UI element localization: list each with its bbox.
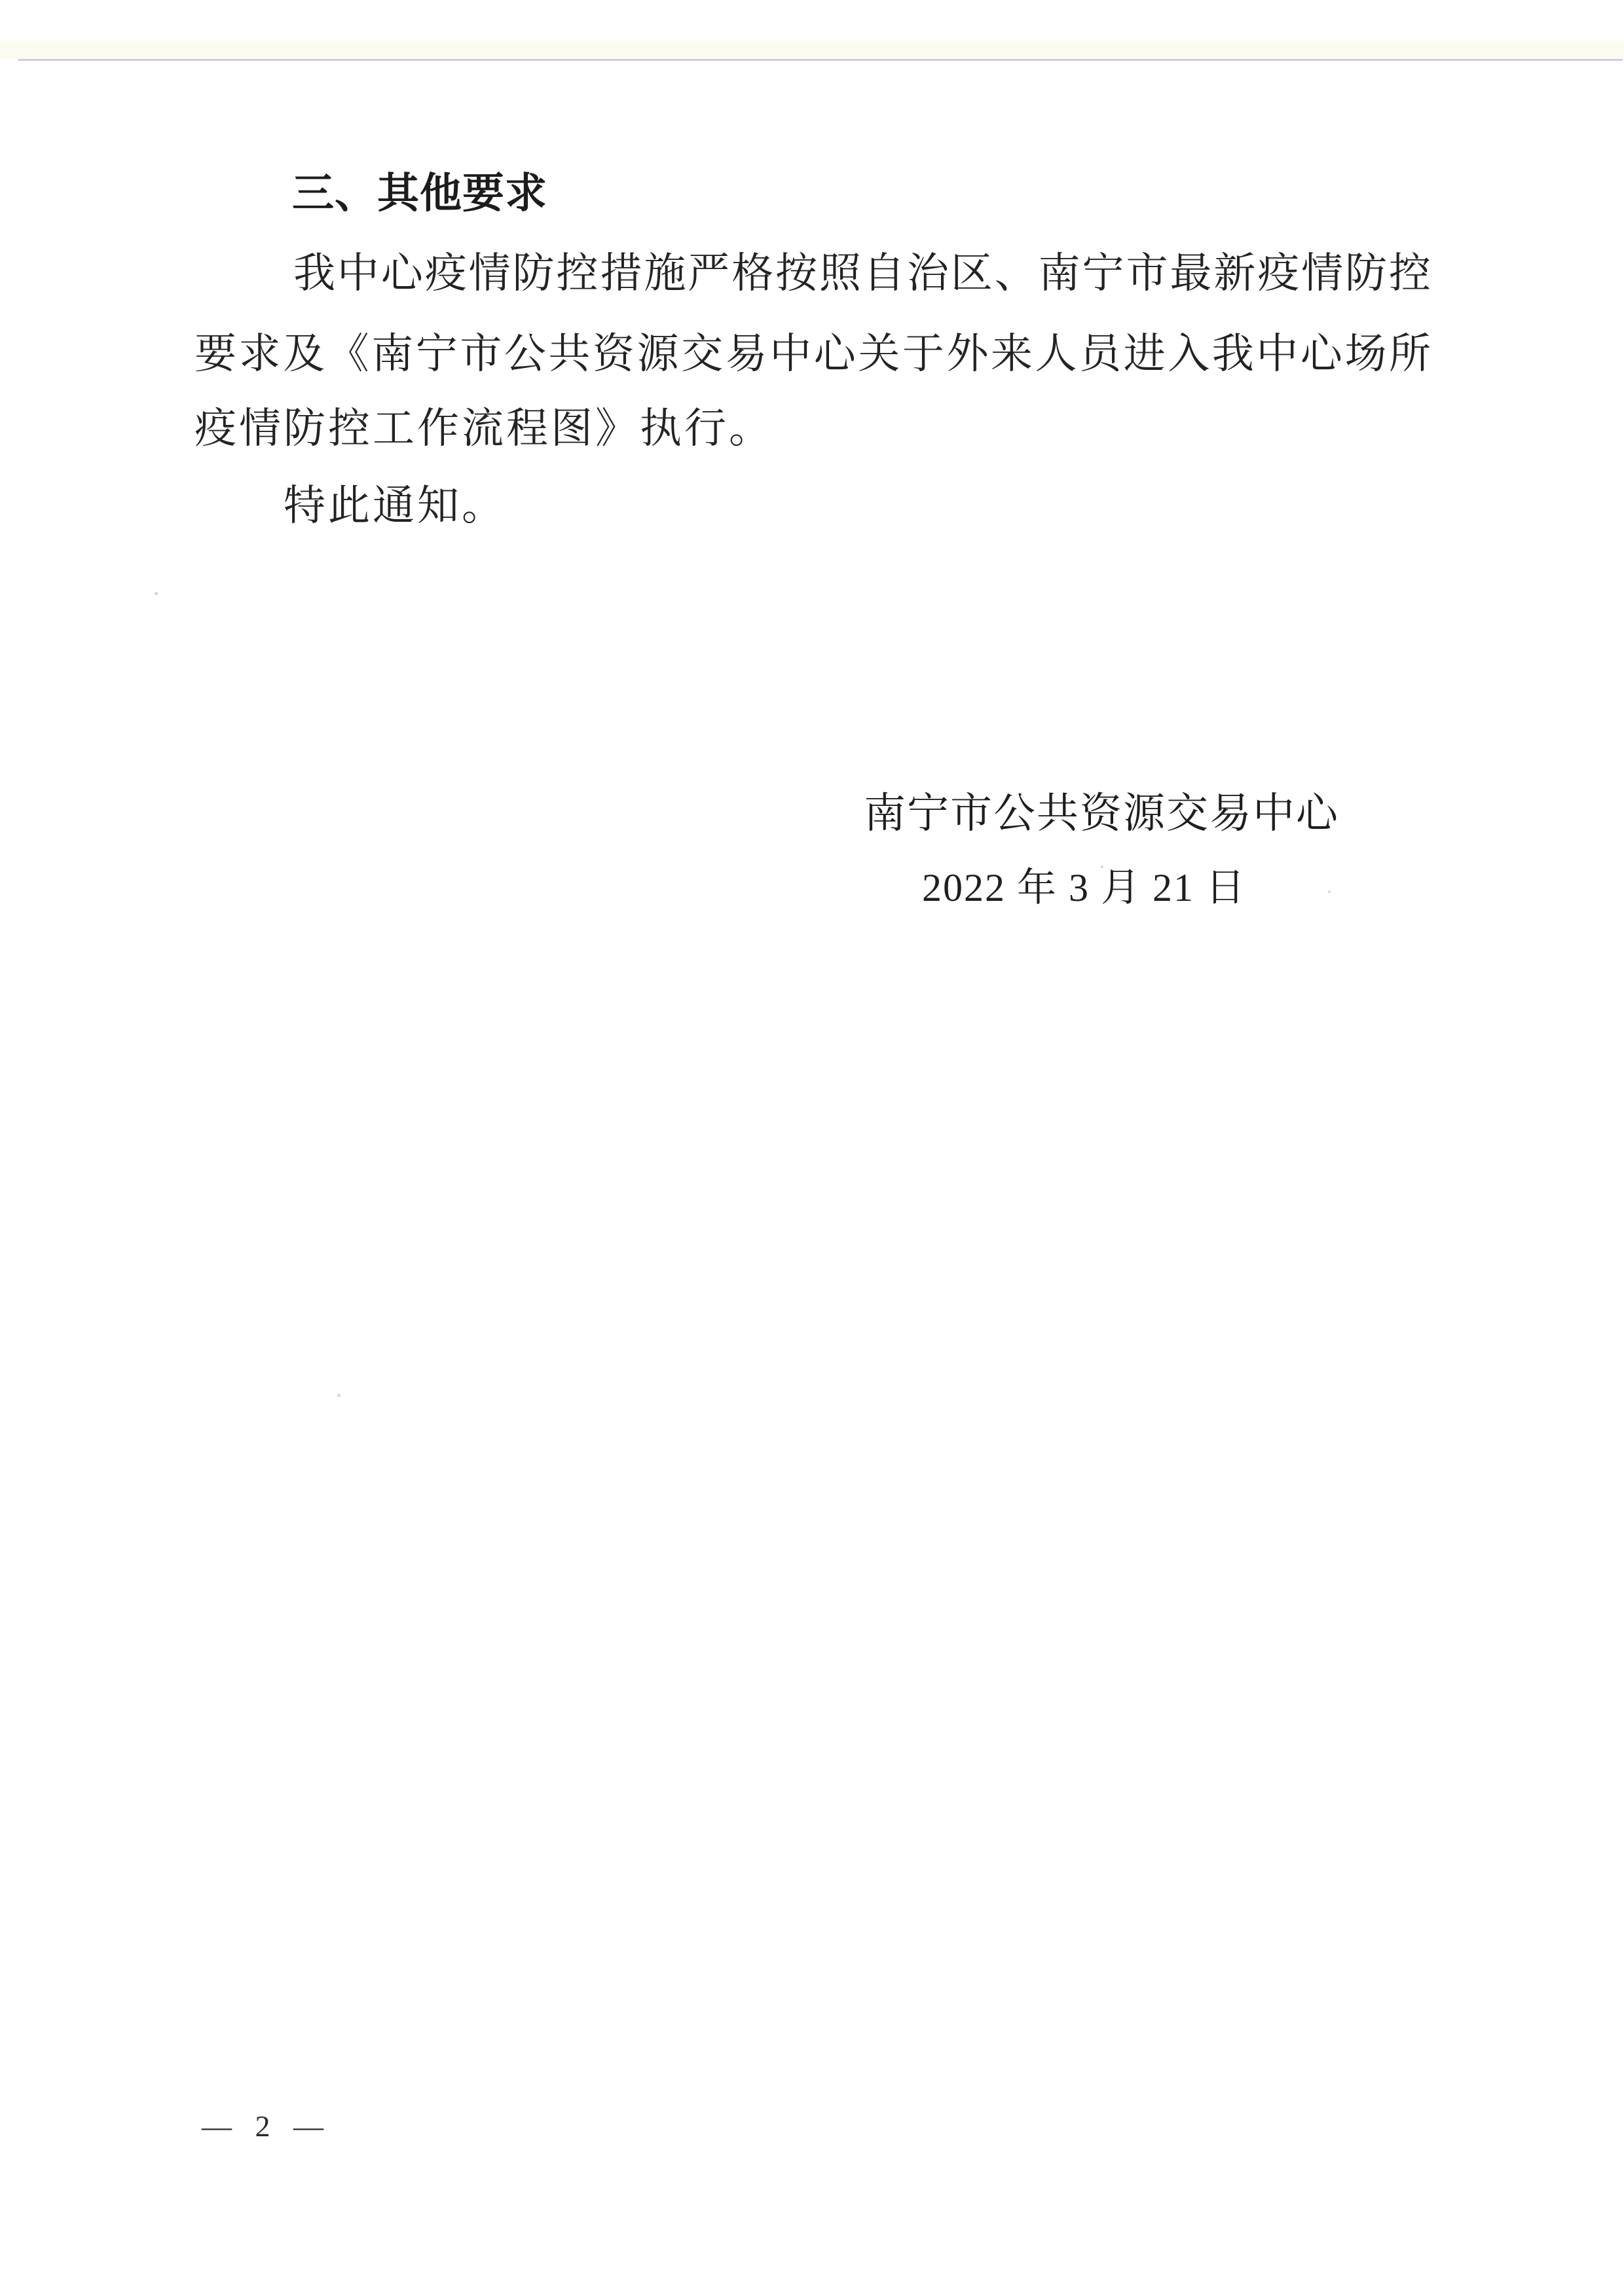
page-number: — 2 — <box>202 2111 328 2142</box>
scan-speck <box>1328 890 1331 893</box>
body-line-1: 我中心疫情防控措施严格按照自治区、南宁市最新疫情防控 <box>293 251 1431 295</box>
scan-speck <box>155 592 158 595</box>
closing-notice-line: 特此通知。 <box>284 484 506 528</box>
scan-artifact-band <box>0 41 1624 59</box>
document-page: 三、其他要求 我中心疫情防控措施严格按照自治区、南宁市最新疫情防控 要求及《南宁… <box>0 0 1624 2296</box>
scan-speck <box>1101 866 1103 868</box>
issue-date: 2022 年 3 月 21 日 <box>922 867 1246 909</box>
body-line-3: 疫情防控工作流程图》执行。 <box>194 407 773 450</box>
body-line-2: 要求及《南宁市公共资源交易中心关于外来人员进入我中心场所 <box>194 332 1431 376</box>
scan-speck <box>337 1394 341 1397</box>
scan-artifact-line <box>18 59 1623 61</box>
section-heading: 三、其他要求 <box>292 172 547 215</box>
issuer-signature: 南宁市公共资源交易中心 <box>864 792 1339 835</box>
